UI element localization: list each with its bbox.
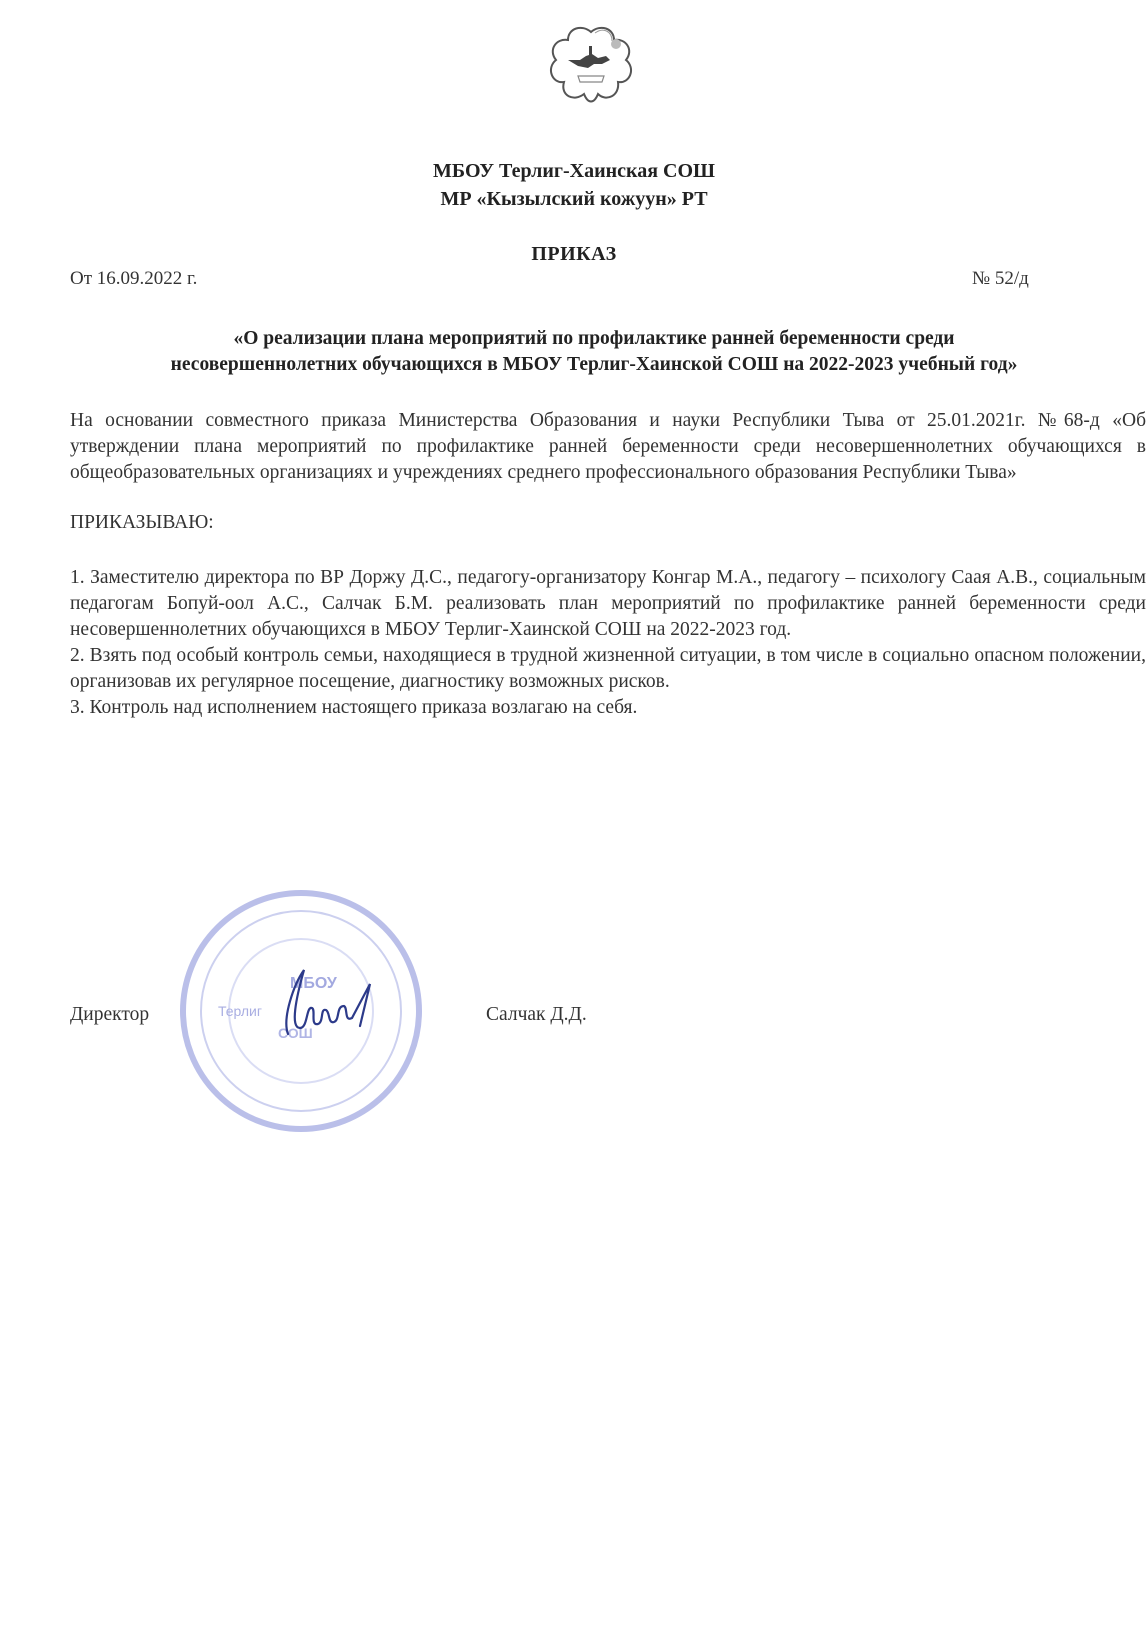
document-number: № 52/д — [972, 268, 1029, 290]
order-word: ПРИКАЗЫВАЮ: — [70, 512, 214, 534]
organization-name: МБОУ Терлиг-Хаинская СОШ — [0, 160, 1148, 183]
order-item-3: 3. Контроль над исполнением настоящего п… — [70, 695, 1146, 721]
document-date: От 16.09.2022 г. — [70, 268, 197, 290]
svg-text:СОШ: СОШ — [278, 1025, 313, 1041]
document-type: ПРИКАЗ — [0, 243, 1148, 266]
document-page: МБОУ Терлиг-Хаинская СОШ МР «Кызылский к… — [0, 0, 1148, 1628]
official-stamp-icon: МБОУ Терлиг СОШ — [178, 888, 424, 1134]
order-items: 1. Заместителю директора по ВР Доржу Д.С… — [70, 565, 1146, 721]
document-title: «О реализации плана мероприятий по профи… — [70, 326, 1118, 378]
organization-district: МР «Кызылский кожуун» РТ — [0, 188, 1148, 211]
title-line-1: «О реализации плана мероприятий по профи… — [70, 326, 1118, 352]
order-item-2: 2. Взять под особый контроль семьи, нахо… — [70, 643, 1146, 695]
svg-text:Терлиг: Терлиг — [218, 1003, 262, 1019]
signatory-role: Директор — [70, 1004, 149, 1026]
signatory-name: Салчак Д.Д. — [486, 1004, 587, 1026]
tuva-emblem-icon — [548, 24, 634, 134]
basis-paragraph: На основании совместного приказа Министе… — [70, 408, 1146, 486]
title-line-2: несовершеннолетних обучающихся в МБОУ Те… — [70, 352, 1118, 378]
order-item-1: 1. Заместителю директора по ВР Доржу Д.С… — [70, 565, 1146, 643]
